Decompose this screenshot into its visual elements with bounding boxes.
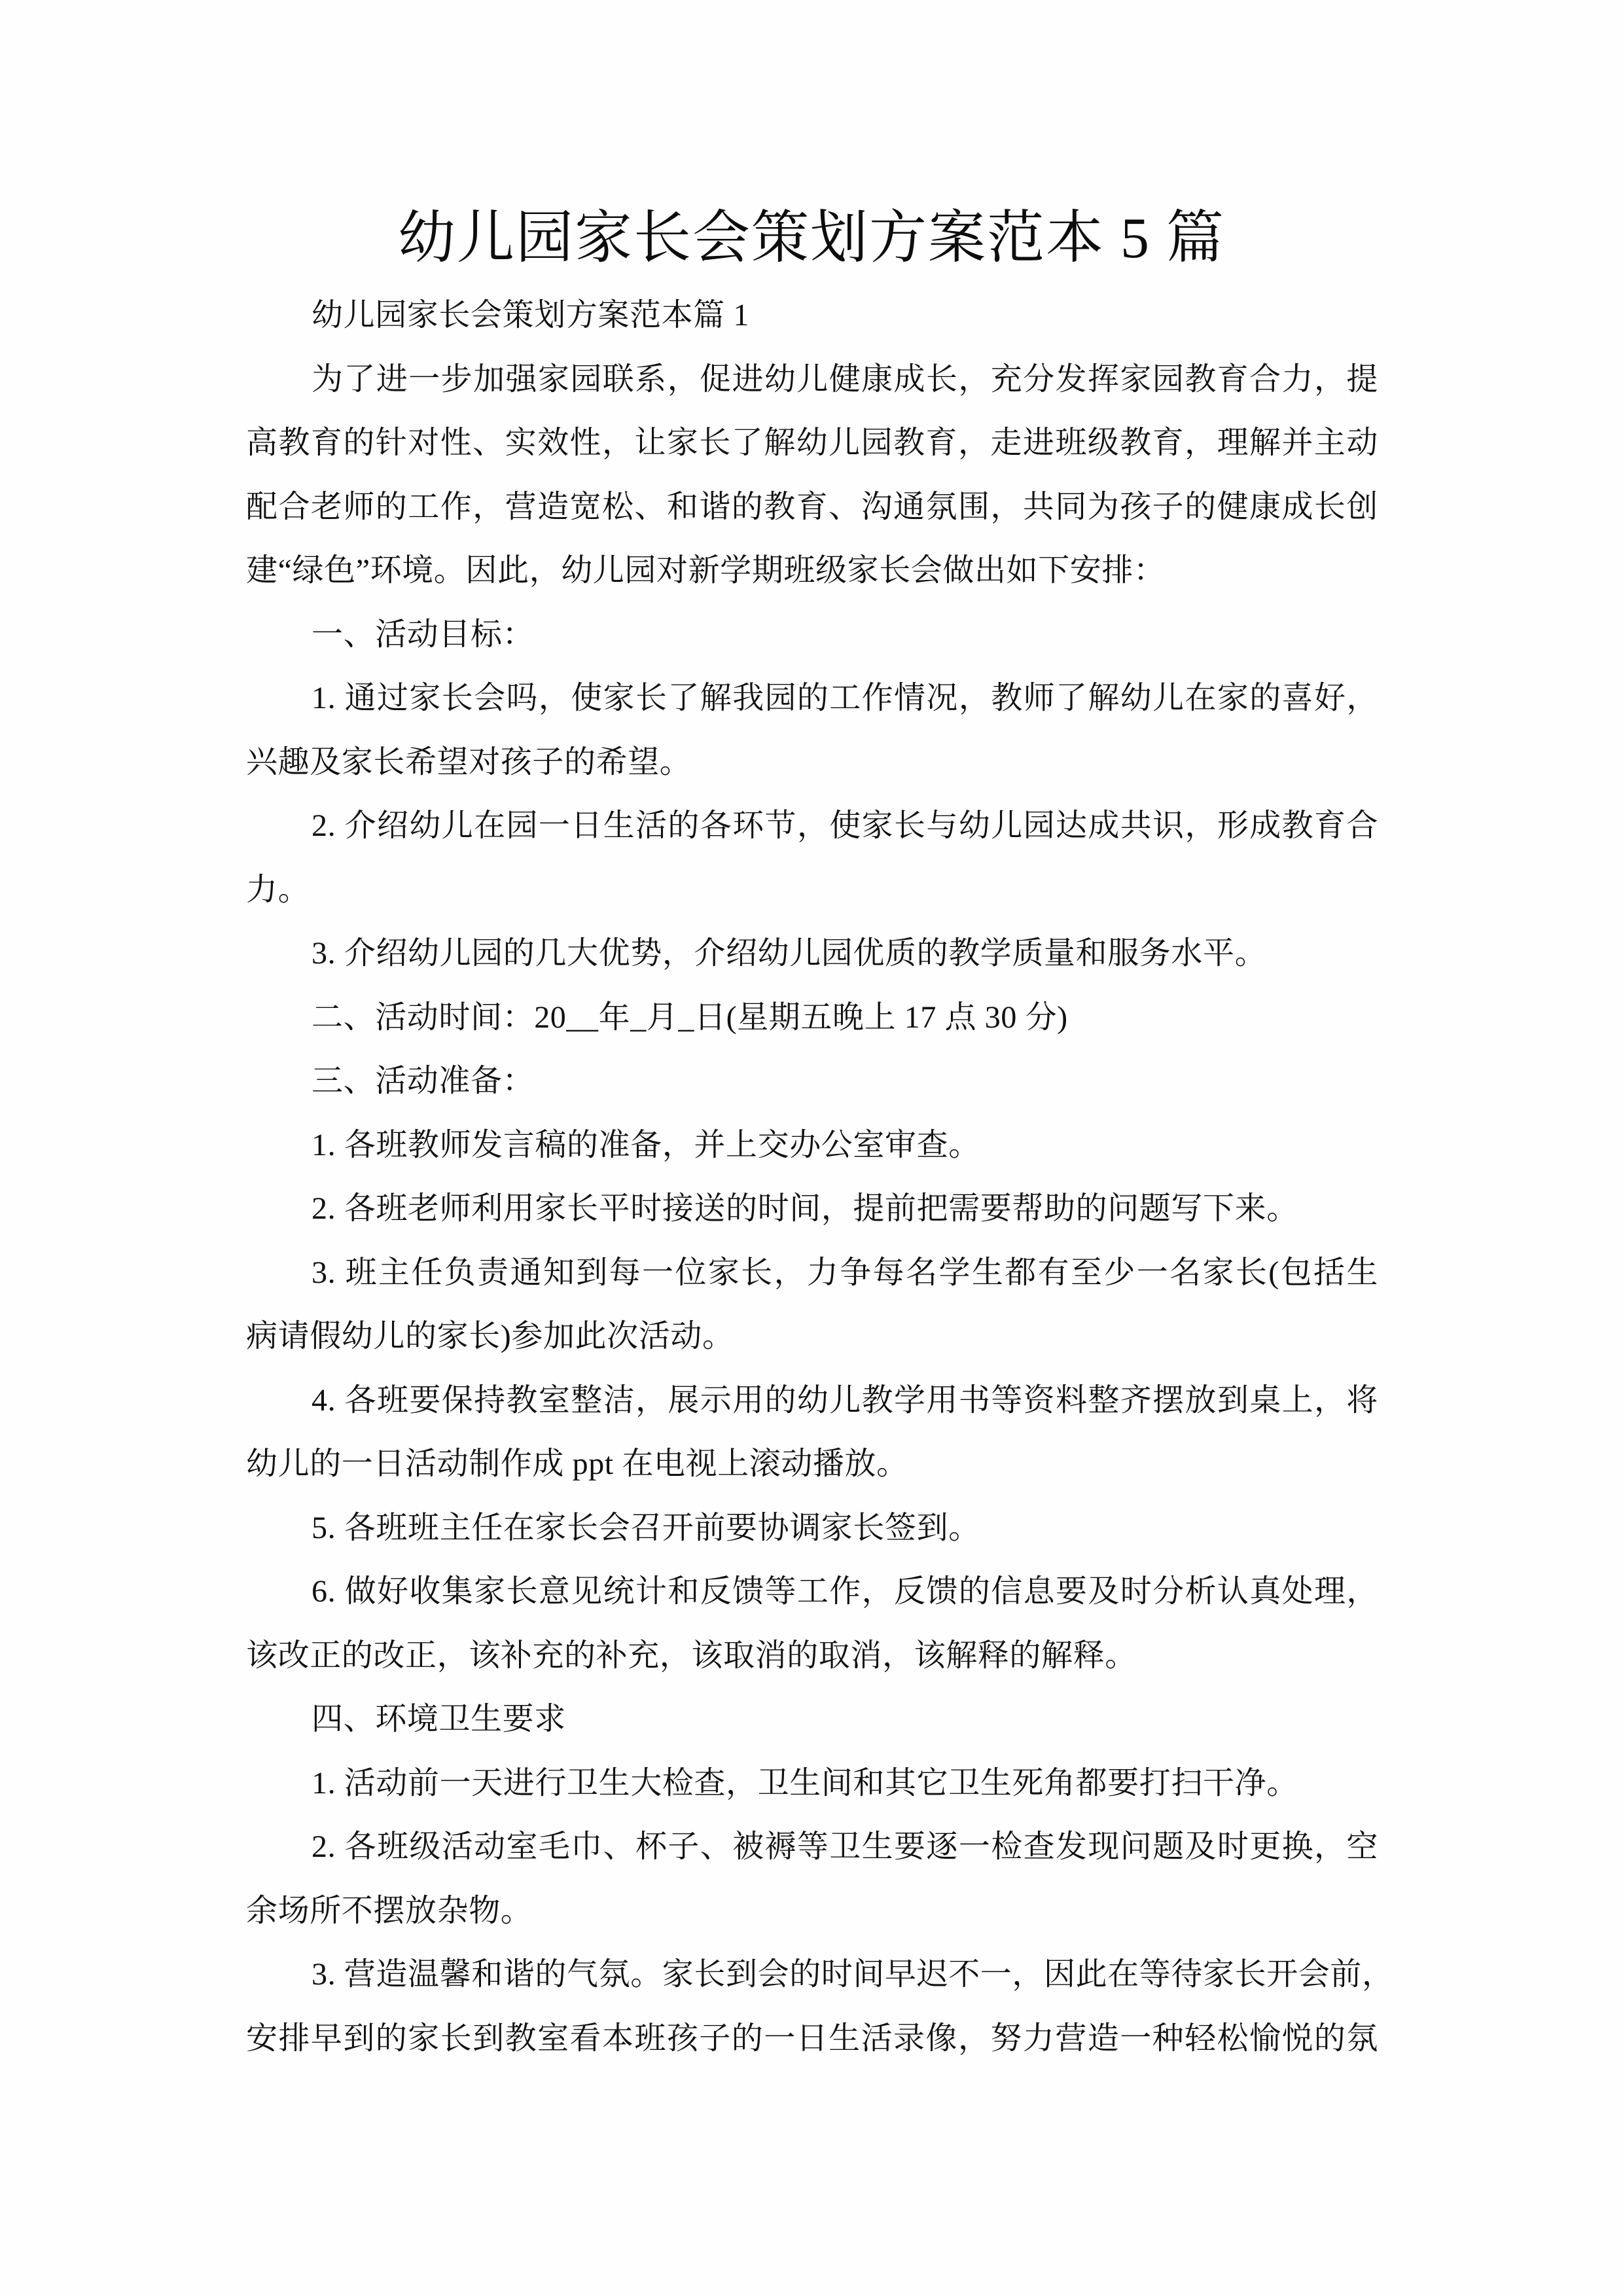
document-page: 幼儿园家长会策划方案范本 5 篇 幼儿园家长会策划方案范本篇 1 为了进一步加强… xyxy=(0,0,1623,2296)
text-line: 1. 各班教师发言稿的准备，并上交办公室审查。 xyxy=(246,1113,1378,1177)
document-body: 幼儿园家长会策划方案范本篇 1 为了进一步加强家园联系，促进幼儿健康成长，充分发… xyxy=(246,283,1378,2070)
section-heading: 幼儿园家长会策划方案范本篇 1 xyxy=(246,283,1378,348)
text-line: 力。 xyxy=(246,858,1378,922)
text-line: 安排早到的家长到教室看本班孩子的一日生活录像，努力营造一种轻松愉悦的氛 xyxy=(246,2007,1378,2071)
text-line: 3. 班主任负责通知到每一位家长，力争每名学生都有至少一名家长(包括生 xyxy=(246,1241,1378,1305)
document-title: 幼儿园家长会策划方案范本 5 篇 xyxy=(0,196,1623,281)
text-line: 三、活动准备： xyxy=(246,1049,1378,1113)
text-line: 二、活动时间：20__年_月_日(星期五晚上 17 点 30 分) xyxy=(246,986,1378,1050)
text-line: 2. 介绍幼儿在园一日生活的各环节，使家长与幼儿园达成共识，形成教育合 xyxy=(246,794,1378,858)
text-line: 5. 各班班主任在家长会召开前要协调家长签到。 xyxy=(246,1496,1378,1560)
text-line: 2. 各班级活动室毛巾、杯子、被褥等卫生要逐一检查发现问题及时更换，空 xyxy=(246,1815,1378,1879)
text-line: 四、环境卫生要求 xyxy=(246,1687,1378,1751)
text-line: 病请假幼儿的家长)参加此次活动。 xyxy=(246,1304,1378,1369)
text-line: 余场所不摆放杂物。 xyxy=(246,1879,1378,1943)
text-line: 配合老师的工作，营造宽松、和谐的教育、沟通氛围，共同为孩子的健康成长创 xyxy=(246,475,1378,539)
text-line: 为了进一步加强家园联系，促进幼儿健康成长，充分发挥家园教育合力，提 xyxy=(246,348,1378,412)
text-line: 6. 做好收集家长意见统计和反馈等工作，反馈的信息要及时分析认真处理， xyxy=(246,1560,1378,1624)
text-line: 4. 各班要保持教室整洁，展示用的幼儿教学用书等资料整齐摆放到桌上，将 xyxy=(246,1369,1378,1433)
text-line: 建“绿色”环境。因此，幼儿园对新学期班级家长会做出如下安排： xyxy=(246,539,1378,603)
text-line: 3. 营造温馨和谐的气氛。家长到会的时间早迟不一，因此在等待家长开会前， xyxy=(246,1943,1378,2007)
text-line: 1. 活动前一天进行卫生大检查，卫生间和其它卫生死角都要打扫干净。 xyxy=(246,1751,1378,1816)
text-line: 幼儿的一日活动制作成 ppt 在电视上滚动播放。 xyxy=(246,1432,1378,1496)
text-line: 高教育的针对性、实效性，让家长了解幼儿园教育，走进班级教育，理解并主动 xyxy=(246,411,1378,475)
text-line: 一、活动目标： xyxy=(246,603,1378,667)
text-line: 1. 通过家长会吗，使家长了解我园的工作情况，教师了解幼儿在家的喜好， xyxy=(246,666,1378,730)
text-line: 3. 介绍幼儿园的几大优势，介绍幼儿园优质的教学质量和服务水平。 xyxy=(246,922,1378,986)
paragraph-lines: 为了进一步加强家园联系，促进幼儿健康成长，充分发挥家园教育合力，提高教育的针对性… xyxy=(246,348,1378,2071)
text-line: 2. 各班老师利用家长平时接送的时间，提前把需要帮助的问题写下来。 xyxy=(246,1177,1378,1241)
text-line: 兴趣及家长希望对孩子的希望。 xyxy=(246,730,1378,795)
text-line: 该改正的改正，该补充的补充，该取消的取消，该解释的解释。 xyxy=(246,1624,1378,1688)
